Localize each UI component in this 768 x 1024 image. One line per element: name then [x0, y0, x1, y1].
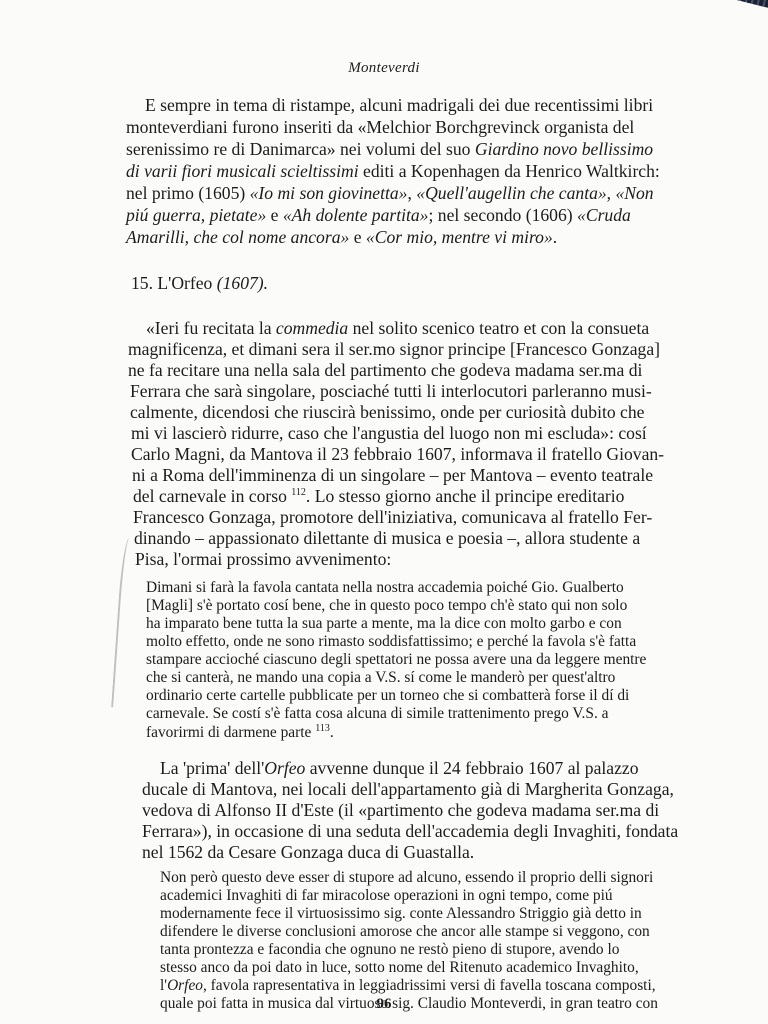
- text-line: ha imparato bene tutta la sua parte a me…: [146, 616, 622, 631]
- text-line: di varii fiori musicali scieltissimi edi…: [126, 163, 660, 181]
- text-line: vedova di Alfonso II d'Este (il «partime…: [142, 802, 659, 820]
- text-line: Ferrara»), in occasione di una seduta de…: [142, 823, 678, 841]
- footnote-ref: 112: [291, 487, 306, 498]
- text-line: Dimani si farà la favola cantata nella n…: [146, 580, 624, 595]
- text-line: Pisa, l'ormai prossimo avvenimento:: [135, 551, 391, 569]
- footnote-ref: 113: [315, 723, 330, 734]
- text-line: La 'prima' dell'Orfeo avvenne dunque il …: [160, 760, 639, 778]
- text-line: piú guerra, pietate» e «Ah dolente parti…: [126, 207, 631, 225]
- text-line: monteverdiani furono inseriti da «Melchi…: [126, 119, 634, 137]
- text-line: ordinario certe cartelle pubblicate per …: [146, 688, 629, 703]
- text-line: dinando – appassionato dilettante di mus…: [134, 530, 640, 548]
- text-line: carnevale. Se costí s'è fatta cosa alcun…: [146, 706, 609, 721]
- page-number: 96: [0, 996, 768, 1013]
- running-head: Monteverdi: [0, 60, 768, 77]
- text-line: molto effetto, onde ne sono rimasto sodd…: [146, 634, 636, 649]
- text-line: che si canterà, ne mando una copia a V.S…: [146, 670, 615, 685]
- text-line: magnificenza, et dimani sera il ser.mo s…: [128, 341, 660, 359]
- text-line: ne fa recitare una nella sala del partim…: [128, 362, 642, 380]
- section-year: (1607).: [217, 273, 268, 293]
- pencil-mark: [111, 538, 139, 709]
- text-line: calmente, dicendosi che riuscirà benissi…: [130, 404, 644, 422]
- text-line: E sempre in tema di ristampe, alcuni mad…: [145, 97, 653, 115]
- text-line: stesso anco da poi dato in luce, sotto n…: [160, 960, 639, 975]
- text-line: Francesco Gonzaga, promotore dell'inizia…: [133, 509, 652, 527]
- section-number: 15.: [131, 273, 153, 293]
- book-page: Monteverdi E sempre in tema di ristampe,…: [0, 0, 768, 1024]
- text-line: Non però questo deve esser di stupore ad…: [160, 870, 653, 885]
- text-line: Ferrara che sarà singolare, posciaché tu…: [130, 383, 652, 401]
- section-heading: 15. L'Orfeo (1607).: [131, 275, 268, 293]
- fabric-corner: [665, 0, 768, 11]
- text-line: stampare accioché ciascuno degli spettat…: [146, 652, 646, 667]
- text-line: l'Orfeo, favola rapresentativa in leggia…: [160, 978, 656, 993]
- text-line: difendere le diverse conclusioni amorose…: [160, 924, 650, 939]
- text-line: mi vi lascierò ridurre, caso che l'angus…: [131, 425, 647, 443]
- text-line: ducale di Mantova, nei locali dell'appar…: [142, 781, 674, 799]
- text-line: academici Invaghiti di far miracolose op…: [160, 888, 613, 903]
- text-line: serenissimo re di Danimarca» nei volumi …: [126, 141, 653, 159]
- section-title: L'Orfeo: [157, 273, 212, 293]
- text-line: Amarilli, che col nome ancora» e «Cor mi…: [126, 229, 557, 247]
- text-line: modernamente fece il virtuosissimo sig. …: [160, 906, 642, 921]
- text-line: nel 1562 da Cesare Gonzaga duca di Guast…: [142, 844, 474, 862]
- text-line: ni a Roma dell'imminenza di un singolare…: [132, 467, 653, 485]
- text-line: [Magli] s'è portato cosí bene, che in qu…: [146, 598, 627, 613]
- text-line: Carlo Magni, da Mantova il 23 febbraio 1…: [131, 446, 664, 464]
- text-line: «Ieri fu recitata la commedia nel solito…: [146, 320, 649, 338]
- text-line: del carnevale in corso 112. Lo stesso gi…: [133, 488, 624, 506]
- text-line: favorirmi di darmene parte 113.: [146, 724, 334, 741]
- text-line: nel primo (1605) «Io mi son giovinetta»,…: [126, 185, 654, 203]
- text-line: tanta prontezza e facondia che ognuno ne…: [160, 942, 619, 957]
